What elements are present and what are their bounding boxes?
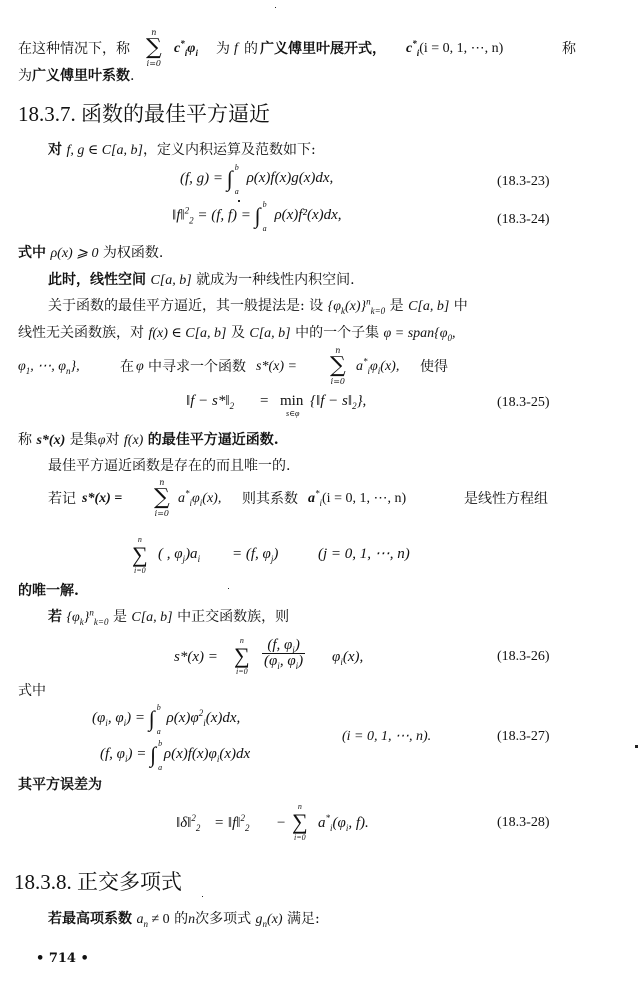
- where-label: 式中: [18, 684, 46, 698]
- unique-solution-line: 的唯一解.: [18, 584, 79, 598]
- text-c: 使得: [420, 360, 448, 374]
- equation-18-3-23: (f, g) = ∫ba ρ(x)f(x)g(x)dx,: [180, 168, 333, 190]
- eq-range: (j = 0, 1, ⋯, n): [318, 547, 410, 562]
- section-heading-18-3-7: 18.3.7. 函数的最佳平方逼近: [18, 104, 270, 125]
- eq-lhs: s*(x) =: [174, 650, 218, 665]
- equation-number: (18.3-26): [497, 650, 550, 664]
- eq-lhs: (φi, φi) =: [92, 710, 145, 726]
- leading-coef: an ≠ 0: [136, 912, 169, 927]
- expr: ρ(x) ⩾ 0: [50, 246, 98, 261]
- page-number: • 714 •: [36, 952, 89, 965]
- eq-lhs: ‖δ‖22: [176, 816, 200, 831]
- text-a: 在: [120, 360, 134, 374]
- sum-lower: i=0: [146, 59, 162, 68]
- min-subscript: s∈φ: [286, 410, 299, 418]
- eq-rhs: ρ(x)f(x)g(x)dx,: [247, 170, 334, 186]
- text-b: 就成为一种线性内积空间.: [196, 272, 354, 288]
- text-b: 中寻求一个函数: [148, 360, 246, 374]
- definition-line: 对 f, g ∈ C[a, b]，定义内积运算及范数如下:: [48, 143, 316, 158]
- text-b: 是: [390, 298, 404, 314]
- text-d: 满足:: [287, 911, 320, 927]
- text-c: 是线性方程组: [464, 492, 548, 506]
- span-expr-cont: φ1, ⋯, φn},: [18, 360, 80, 374]
- equation-18-3-28: ‖δ‖22 = ‖f‖22 − n∑i=0 a*i(φi, f).: [176, 802, 196, 848]
- equation-18-3-26: s*(x) = n∑i=0 (f, φi) (φi, φi) φi(x),: [174, 636, 194, 682]
- equation-18-3-27-line-1: (φi, φi) = ∫ba ρ(x)φ2i(x)dx,: [92, 708, 240, 730]
- eq-rhs: ρ(x)φ2i(x)dx,: [167, 710, 241, 726]
- intro-bold-term-2: 广义傅里叶系数: [32, 68, 130, 84]
- eq27-range: (i = 0, 1, ⋯, n).: [342, 730, 431, 744]
- text-c: 对: [105, 432, 119, 448]
- expr1: f(x) ∈ C[a, b]: [148, 326, 226, 341]
- def-lead: 对: [48, 142, 62, 158]
- phi: φ: [136, 360, 144, 374]
- text-c: 中正交函数族，则: [177, 609, 289, 625]
- coef-range: a*i(i = 0, 1, ⋯, n): [308, 492, 406, 506]
- section-title: 函数的最佳平方逼近: [81, 102, 270, 126]
- section-title: 正交多项式: [77, 870, 182, 894]
- text-b: 的: [174, 911, 188, 927]
- intro-text-d: 称: [562, 42, 576, 56]
- intro-text-c: 的: [244, 42, 258, 56]
- eq-mid: = (f, f) =: [197, 207, 251, 223]
- fraction: (f, φi) (φi, φi): [262, 638, 305, 669]
- expr1: s*(x) =: [82, 492, 122, 506]
- text-b: 是: [113, 609, 127, 625]
- uniqueness-line: 最佳平方逼近函数是存在的而且唯一的.: [48, 459, 290, 473]
- intro-line-1: 在这种情况下，称 n ∑ i=0 c*iφi 为 f 的 广义傅里叶展开式， c…: [18, 28, 38, 68]
- text-b: 是集: [70, 432, 98, 448]
- text-a: 若记: [48, 492, 76, 506]
- text-b: 则其系数: [242, 492, 298, 506]
- eq-rhs: {‖f − s‖2},: [310, 394, 366, 409]
- square-error-label: 其平方误差为: [18, 778, 102, 792]
- min-operator: min: [280, 394, 303, 409]
- orthogonal-family-line: 若 {φk}nk=0 是 C[a, b] 中正交函数族，则: [48, 610, 289, 625]
- text-a: 线性无关函数族，对: [18, 325, 144, 341]
- equation-18-3-27-line-2: (f, φi) = ∫ba ρ(x)f(x)φi(x)dx: [100, 744, 250, 766]
- eq-mid: = ‖f‖22: [214, 816, 249, 831]
- integral-sign: ∫ba: [255, 205, 261, 227]
- coefficient-system-line: 若记 s*(x) = n∑i=0 a*iφi(x), 则其系数 a*i(i = …: [48, 478, 68, 518]
- integral-sign: ∫ba: [149, 708, 155, 730]
- text-b: 及: [231, 325, 245, 341]
- span-expr: φ = span{φ0,: [384, 326, 456, 341]
- problem-line-1: 关于函数的最佳平方逼近，其一般提法是: 设 {φk(x)}nk=0 是 C[a,…: [48, 299, 468, 314]
- text-a: 此时，线性空间: [48, 272, 146, 288]
- integral-sign: ∫ba: [150, 744, 156, 766]
- expr2: s*(x) =: [256, 360, 297, 374]
- coef-term: a*iφi(x),: [178, 492, 221, 506]
- eq-lhs: (f, g) =: [180, 170, 223, 186]
- def-vars: f, g ∈ C[a, b]: [66, 143, 143, 158]
- eq-lhs: (f, φi) =: [100, 746, 146, 762]
- equation-number: (18.3-28): [497, 816, 550, 830]
- intro-text-2a: 为: [18, 68, 32, 84]
- expr2: C[a, b]: [131, 610, 172, 625]
- text-a: 若: [48, 609, 62, 625]
- problem-line-2: 线性无关函数族，对 f(x) ∈ C[a, b] 及 C[a, b] 中的一个子…: [18, 326, 456, 341]
- sum-symbol: n ∑ i=0: [146, 28, 162, 68]
- scan-speck: [635, 745, 638, 748]
- equation-number: (18.3-24): [497, 213, 550, 227]
- coef-term: a*iφi(x),: [356, 360, 399, 374]
- eq-sign: =: [260, 394, 268, 409]
- equation-number: (18.3-25): [497, 396, 550, 410]
- lead: 式中: [18, 245, 46, 261]
- problem-line-3: φ1, ⋯, φn}, 在 φ 中寻求一个函数 s*(x) = n∑i=0 a*…: [18, 348, 38, 386]
- text-a: 若最高项系数: [48, 911, 132, 927]
- eq-rhs: φi(x),: [332, 650, 363, 665]
- sum-symbol: n∑i=0: [330, 346, 346, 386]
- intro-line-2: 为广义傅里叶系数.: [18, 69, 134, 83]
- intro-text-b: 为: [216, 42, 230, 56]
- text-a: 称: [18, 432, 32, 448]
- expr2: f(x): [124, 433, 143, 448]
- minus-sign: −: [276, 816, 286, 831]
- best-approx-definition-line: 称 s*(x) 是集φ对 f(x) 的最佳平方逼近函数.: [18, 433, 279, 448]
- sum-symbol: n∑i=0: [234, 636, 250, 676]
- eq-rhs: = (f, φj): [232, 547, 278, 562]
- eq-lhs: ‖f − s*‖2: [186, 394, 234, 409]
- intro-bold-term-1: 广义傅里叶展开式，: [260, 42, 386, 56]
- text-a: 关于函数的最佳平方逼近，其一般提法是: 设: [48, 298, 323, 314]
- expr3: C[a, b]: [408, 299, 449, 314]
- intro-f: f: [234, 42, 238, 56]
- def-rest: ，定义内积运算及范数如下:: [143, 142, 316, 158]
- expr2: C[a, b]: [249, 326, 290, 341]
- intro-coef-range: c*i(i = 0, 1, ⋯, n): [406, 42, 503, 56]
- orthogonal-polynomial-definition-line: 若最高项系数 an ≠ 0 的n次多项式 gn(x) 满足:: [48, 912, 320, 927]
- text-c: 次多项式: [195, 911, 251, 927]
- sum-symbol: n∑i=0: [154, 478, 170, 518]
- rest: 为权函数.: [103, 245, 163, 261]
- denominator: (φi, φi): [262, 654, 305, 669]
- equation-number: (18.3-27): [497, 730, 550, 744]
- poly-expr: gn(x): [256, 912, 283, 927]
- equation-number: (18.3-23): [497, 175, 550, 189]
- numerator: (f, φi): [262, 638, 305, 654]
- sum-symbol: n∑i=0: [132, 535, 148, 575]
- basis-set: {φk(x)}nk=0: [328, 299, 386, 314]
- eq-rhs: a*i(φi, f).: [318, 816, 369, 831]
- equation-18-3-24: ‖f‖22 = (f, f) = ∫ba ρ(x)f²(x)dx,: [172, 205, 342, 227]
- intro-text-a: 在这种情况下，称: [18, 42, 130, 56]
- integral-sign: ∫ba: [227, 168, 233, 190]
- eq-lhs: ( , φj)ai: [158, 547, 200, 562]
- inner-product-space-line: 此时，线性空间 C[a, b] 就成为一种线性内积空间.: [48, 273, 355, 288]
- eq-rhs: ρ(x)f²(x)dx,: [274, 207, 341, 223]
- basis-set: {φk}nk=0: [66, 610, 108, 625]
- text-d: 的最佳平方逼近函数.: [148, 432, 279, 448]
- section-heading-18-3-8: 18.3.8. 正交多项式: [14, 872, 182, 893]
- scan-speck: [275, 7, 276, 8]
- period: .: [130, 68, 134, 84]
- expr1: s*(x): [36, 433, 65, 448]
- intro-coefficient-term: c*iφi: [174, 42, 198, 56]
- section-number: 18.3.7.: [18, 102, 76, 126]
- scan-speck: [228, 588, 229, 589]
- norm-lhs: ‖f‖: [172, 207, 185, 223]
- text-c: 中: [454, 298, 468, 314]
- sum-symbol: n∑i=0: [292, 802, 308, 842]
- scan-speck: [202, 896, 203, 897]
- linear-system-equation: n∑i=0 ( , φj)ai = (f, φj) (j = 0, 1, ⋯, …: [130, 535, 150, 579]
- eq-rhs: ρ(x)f(x)φi(x)dx: [164, 746, 250, 762]
- expr: C[a, b]: [150, 273, 191, 288]
- scan-speck: [238, 200, 240, 202]
- text-c: 中的一个子集: [295, 325, 379, 341]
- weight-function-line: 式中 ρ(x) ⩾ 0 为权函数.: [18, 246, 163, 261]
- section-number: 18.3.8.: [14, 870, 72, 894]
